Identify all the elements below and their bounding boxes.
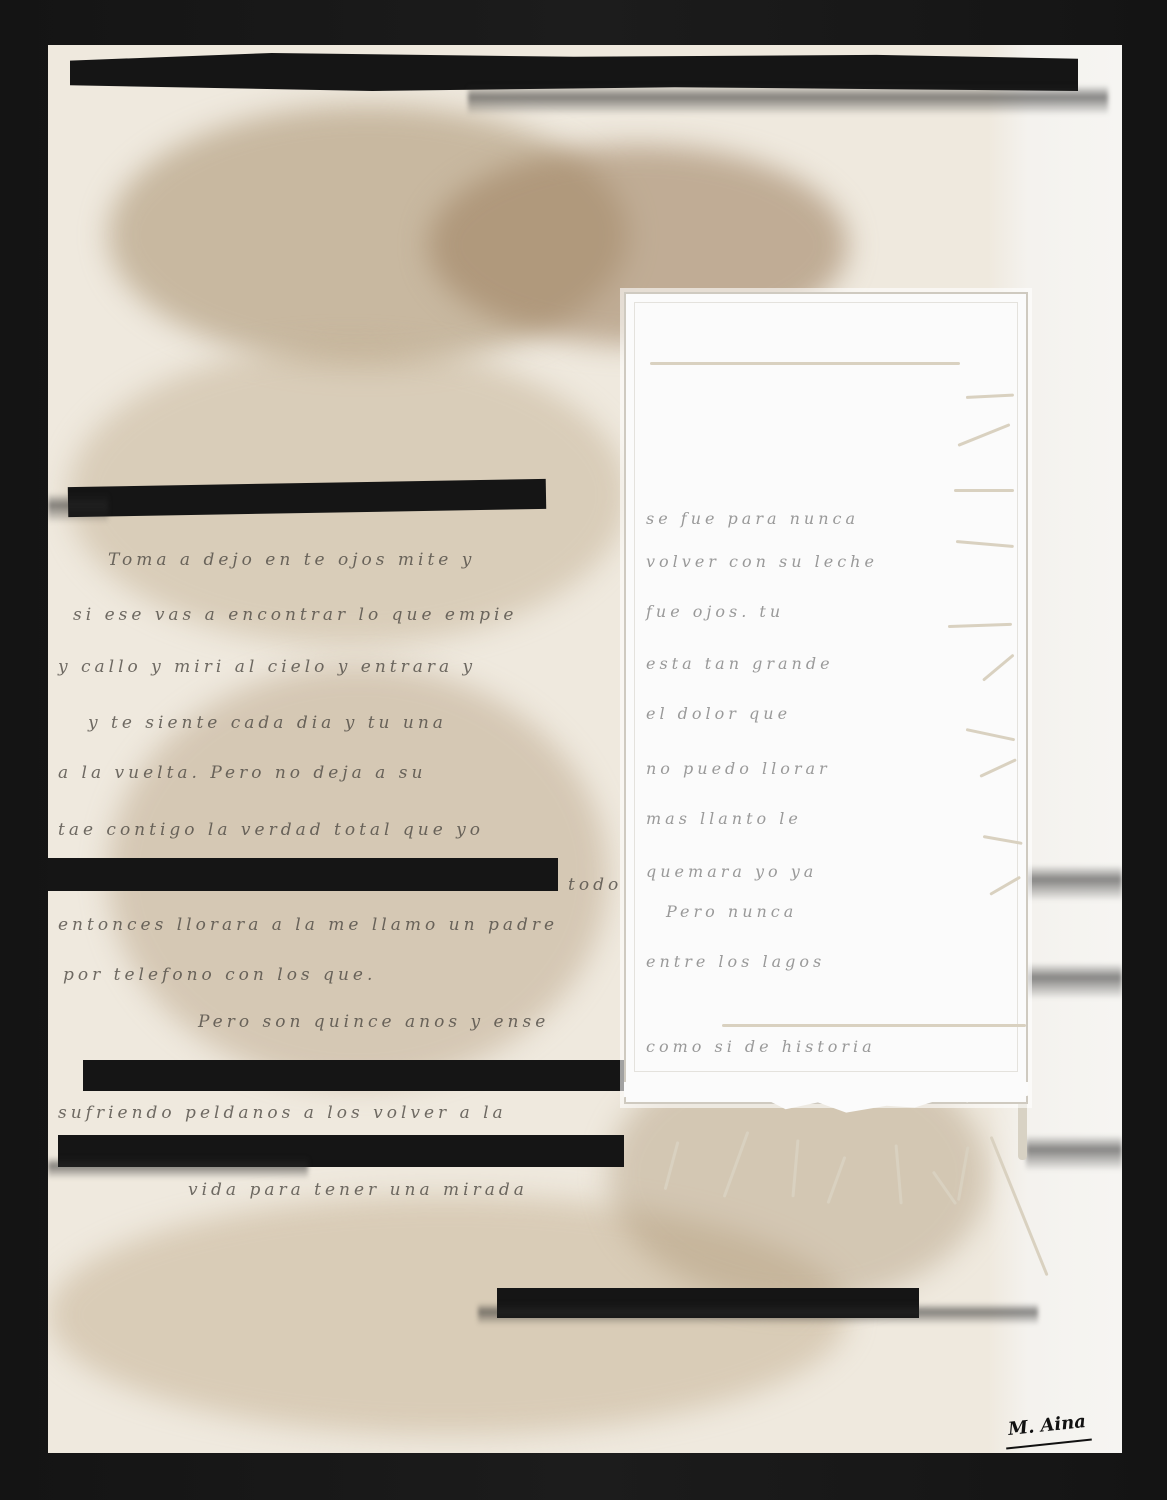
ink-smear: [1026, 963, 1122, 999]
ink-smear: [478, 1303, 1038, 1325]
ink-smear: [1026, 1135, 1122, 1171]
ink-smear: [468, 85, 1108, 115]
panel-handwriting-line: volver con su leche: [646, 552, 878, 571]
panel-handwriting-line: como si de historia: [646, 1037, 876, 1056]
panel-handwriting-line: el dolor que: [646, 704, 791, 723]
handwriting-line: todo: [568, 875, 622, 895]
handwriting-line: por telefono con los que.: [63, 965, 376, 985]
panel-handwriting-line: mas llanto le: [646, 809, 802, 828]
handwriting-line: Toma a dejo en te ojos mite y: [108, 550, 475, 570]
panel-handwriting-line: se fue para nunca: [646, 509, 859, 528]
handwriting-line: Pero son quince anos y ense: [198, 1012, 549, 1032]
white-paper-panel: se fue para nunca volver con su leche fu…: [624, 292, 1028, 1104]
handwriting-line: y callo y miri al cielo y entrara y: [58, 657, 476, 677]
handwriting-line: tae contigo la verdad total que yo: [58, 820, 484, 840]
panel-handwriting-line: entre los lagos: [646, 952, 825, 971]
ink-smear: [1026, 865, 1122, 901]
panel-handwriting-line: Pero nunca: [666, 902, 797, 921]
handwriting-line: entonces llorara a la me llamo un padre: [58, 915, 558, 935]
thread: [722, 1024, 1026, 1027]
handwriting-line: si ese vas a encontrar lo que empie: [73, 605, 518, 625]
panel-handwriting-line: quemara yo ya: [646, 862, 817, 881]
ink-smear: [48, 493, 108, 523]
black-band: [83, 1060, 628, 1091]
thread: [650, 362, 960, 365]
handwriting-line: sufriendo peldanos a los volver a la: [58, 1103, 507, 1123]
handwriting-line: y te siente cada dia y tu una: [88, 713, 447, 733]
painting-canvas: Toma a dejo en te ojos mite y si ese vas…: [48, 45, 1122, 1453]
handwriting-line: vida para tener una mirada: [188, 1180, 528, 1200]
stitch: [954, 489, 1014, 492]
ink-smear: [48, 1157, 308, 1179]
handwriting-line: a la vuelta. Pero no deja a su: [58, 763, 426, 783]
panel-handwriting-line: esta tan grande: [646, 654, 834, 673]
panel-handwriting-line: fue ojos. tu: [646, 602, 784, 621]
black-band: [48, 858, 558, 891]
panel-handwriting-line: no puedo llorar: [646, 759, 831, 778]
